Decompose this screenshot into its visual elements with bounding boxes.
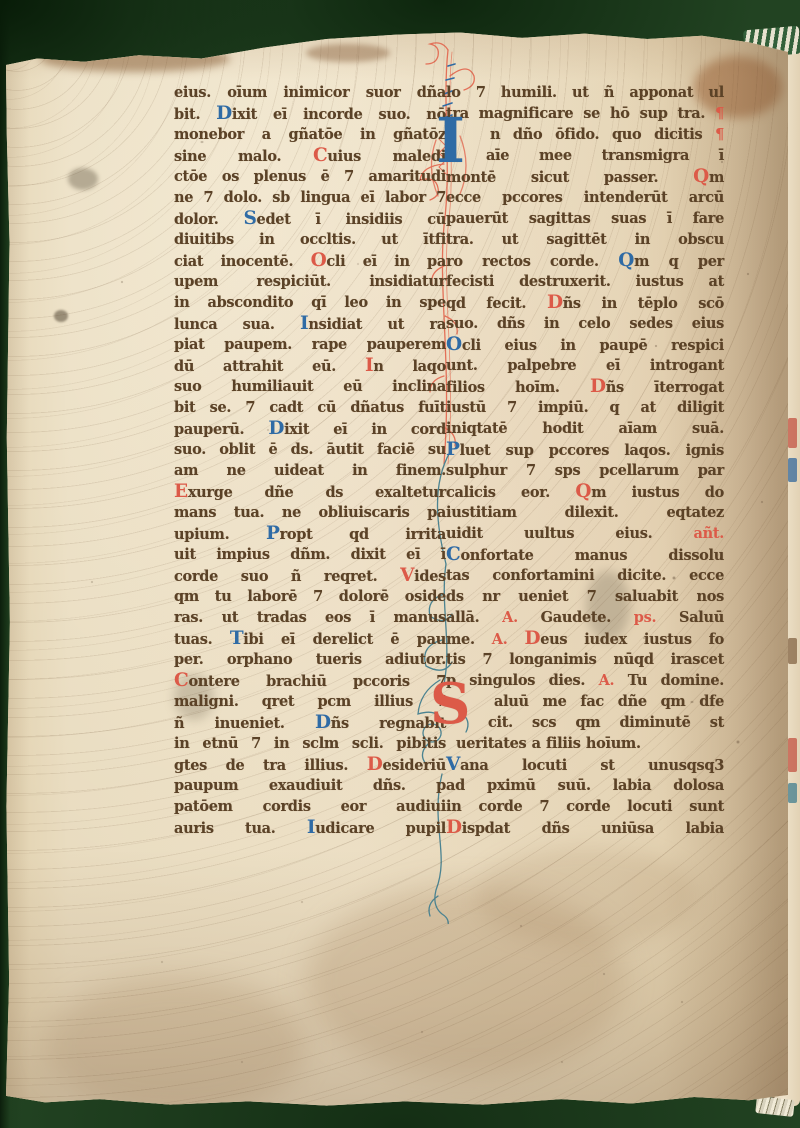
text-line: monebor a gñatōe in gñatōz [174, 124, 446, 145]
versal-initial: D [315, 712, 331, 733]
text-segment: ides [414, 568, 446, 585]
versal-initial: S [243, 208, 256, 229]
text-segment: patōem cordis eor audiui [174, 798, 446, 815]
text-segment: lo 7 humili. ut ñ apponat ul [446, 84, 724, 101]
text-line: bit se. 7 cadt cū dñatus fuīt [174, 397, 446, 418]
text-segment: paupum exaudiuit dñs. p [174, 777, 446, 794]
text-segment: ixit eī in cord [284, 421, 446, 438]
text-segment: udicare pupil [315, 820, 446, 837]
text-segment: diuitibs in occltis. ut ītfi [174, 231, 446, 248]
text-line: lo 7 humili. ut ñ apponat ul [446, 82, 724, 103]
manuscript-page: I S eius. oīum inimicor suor dñabit. Dix… [6, 26, 788, 1110]
text-line: maligni. qret pcm illius 7 [174, 691, 446, 712]
text-segment: tra. ut sagittēt in obscu [446, 231, 724, 248]
text-line: Vana locuti st unusqsq3 [446, 754, 724, 775]
text-line: Confortate manus dissolu [446, 544, 724, 565]
text-segment: dū attrahit eū. [174, 358, 365, 375]
text-segment: aīe mee transmigra ī [486, 147, 724, 164]
text-segment: suo. dñs in celo sedes eius [446, 315, 724, 332]
text-segment: eus iudex iustus fo [540, 631, 724, 648]
text-segment: ps. [634, 609, 656, 626]
text-segment: ñs īterrogat [606, 379, 724, 396]
versal-initial: C [446, 544, 460, 565]
text-segment: ctōe os plenus ē 7 amaritudi [174, 168, 446, 185]
text-line: diuitibs in occltis. ut ītfi [174, 229, 446, 250]
text-segment: uius maledi [327, 148, 446, 165]
text-segment: cli eī in pa [326, 253, 446, 270]
text-segment: ¶ [715, 105, 724, 122]
stain [306, 886, 626, 1076]
text-segment: m [709, 169, 724, 186]
text-segment: uidit uultus eius. [446, 525, 694, 542]
next-folio-text-sliver [788, 783, 797, 803]
text-line: in abscondito qī leo in spe [174, 292, 446, 313]
text-segment: ad pximū suū. labia dolosa [446, 777, 724, 794]
text-segment: iustitiam dilexit. eqtatez [446, 504, 724, 521]
text-segment: iniqtatē hodit aīam suā. [446, 420, 724, 437]
text-segment: mans tua. ne obliuiscaris pa [174, 504, 446, 521]
text-line: suo. oblit ē ds. āutit faciē su [174, 439, 446, 460]
text-segment: upem respiciūt. insidiatur [174, 273, 446, 290]
text-line: allā. A. Gaudete. ps. Saluū [446, 607, 724, 628]
text-segment: aluū me fac dñe qm dfe [494, 693, 724, 710]
text-segment: A. [599, 672, 615, 689]
text-segment: tis 7 longanimis nūqd irascet [446, 651, 724, 668]
text-line: ecce pccores intenderūt arcū [446, 187, 724, 208]
text-segment: ne 7 dolo. sb lingua eī labor 7 [174, 189, 446, 206]
text-line: me. A. Deus iudex iustus fo [446, 628, 724, 649]
text-line: suo. dñs in celo sedes eius [446, 313, 724, 334]
next-folio-text-sliver [788, 738, 797, 772]
text-line: tuas. Tibi eī derelict ē pau [174, 628, 446, 649]
text-line: tra magnificare se hō sup tra. ¶ [446, 103, 724, 124]
text-segment: in etnū 7 in sclm scli. pibitis [174, 735, 446, 752]
text-segment: ispdat dñs uniūsa labia [462, 820, 724, 837]
versal-initial: P [446, 439, 460, 460]
large-initial-S: S [430, 676, 470, 732]
text-line: auris tua. Iudicare pupil [174, 817, 446, 838]
stain [476, 846, 696, 946]
text-segment: ropt qd irrita [280, 526, 446, 543]
text-segment: tas confortamini dicite. ecce [446, 567, 724, 584]
text-segment: ras. ut tradas eos ī manus [174, 609, 446, 626]
text-segment: Gaudete. [518, 609, 634, 626]
text-segment: añt. [694, 525, 724, 542]
text-line: iustitiam dilexit. eqtatez [446, 502, 724, 523]
text-segment [507, 631, 524, 648]
text-segment: n dño ōfido. quo dicitis [490, 126, 715, 143]
text-line: mans tua. ne obliuiscaris pa [174, 502, 446, 523]
text-line: lunca sua. Insidiat ut ra [174, 313, 446, 334]
stain [306, 44, 390, 62]
versal-initial: I [307, 817, 315, 838]
text-segment: maligni. qret pcm illius 7 [174, 693, 446, 710]
text-segment: ixit eī incorde suo. nō [232, 106, 446, 123]
text-segment: suo. oblit ē ds. āutit faciē su [174, 441, 446, 458]
text-segment: xurge dñe ds exaltetur [188, 484, 446, 501]
versal-initial: Q [575, 481, 591, 502]
tailband [755, 1096, 795, 1117]
text-segment: fecisti destruxerit. iustus at [446, 273, 724, 290]
text-line: filios hoīm. Dñs īterrogat [446, 376, 724, 397]
text-segment: unt. palpebre eī introgant [446, 357, 724, 374]
text-line: uit impius dñm. dixit eī ī [174, 544, 446, 565]
text-segment: corde suo ñ reqret. [174, 568, 400, 585]
text-segment: in corde 7 corde locuti sunt [446, 798, 724, 815]
text-line: ras. ut tradas eos ī manus [174, 607, 446, 628]
text-segment: auris tua. [174, 820, 307, 837]
text-segment: qd fecit. [446, 295, 547, 312]
text-line: eius. oīum inimicor suor dña [174, 82, 446, 103]
text-segment: cit. scs qm diminutē st [488, 714, 724, 731]
text-segment: bit. [174, 106, 216, 123]
next-folio-text-sliver [788, 458, 797, 482]
text-line: aīe mee transmigra ī [446, 145, 724, 166]
text-line: ds nr ueniet 7 saluabit nos [446, 586, 724, 607]
text-line: montē sicut passer. Qm [446, 166, 724, 187]
text-segment: monebor a gñatōe in gñatōz [174, 126, 446, 143]
text-line: tis 7 longanimis nūqd irascet [446, 649, 724, 670]
text-segment: edet ī insidiis cū [257, 211, 446, 228]
text-line: ne 7 dolo. sb lingua eī labor 7 [174, 187, 446, 208]
text-segment: gtes de tra illius. [174, 757, 367, 774]
text-segment: pauerūt sagittas suas ī fare [446, 210, 724, 227]
versal-initial: D [590, 376, 606, 397]
text-segment: in abscondito qī leo in spe [174, 294, 446, 311]
text-line: in corde 7 corde locuti sunt [446, 796, 724, 817]
text-segment: ro rectos corde. [446, 253, 618, 270]
text-segment: ueritates a filiis hoīum. [456, 735, 641, 752]
text-line: cit. scs qm diminutē st [446, 712, 724, 733]
text-segment: uit impius dñm. dixit eī ī [174, 546, 446, 563]
text-line: corde suo ñ reqret. Vides [174, 565, 446, 586]
text-line: per. orphano tueris adiutor. [174, 649, 446, 670]
versal-initial: D [216, 103, 232, 124]
text-line: patōem cordis eor audiui [174, 796, 446, 817]
text-segment: calicis eor. [446, 484, 575, 501]
versal-initial: P [266, 523, 280, 544]
versal-initial: V [400, 565, 414, 586]
text-segment: eius. oīum inimicor suor dña [174, 84, 446, 101]
text-segment: piat paupem. rape pauperem [174, 336, 446, 353]
text-segment: n laqo [373, 358, 446, 375]
text-segment: me. [446, 631, 492, 648]
text-line: in etnū 7 in sclm scli. pibitis [174, 733, 446, 754]
text-line: qd fecit. Dñs in tēplo scō [446, 292, 724, 313]
text-segment: m iustus do [591, 484, 724, 501]
text-line: qm tu laborē 7 dolorē oside [174, 586, 446, 607]
text-line: ciat inocentē. Ocli eī in pa [174, 250, 446, 271]
versal-initial: Q [693, 166, 709, 187]
versal-initial: C [174, 670, 188, 691]
text-segment: ds nr ueniet 7 saluabit nos [446, 588, 724, 605]
text-segment: montē sicut passer. [446, 169, 693, 186]
text-line: Contere brachiū pccoris 7 [174, 670, 446, 691]
text-line: am ne uideat in finem. [174, 460, 446, 481]
text-line: suo humiliauit eū inclina [174, 376, 446, 397]
text-line: uidit uultus eius. añt. [446, 523, 724, 544]
text-line: n dño ōfido. quo dicitis ¶ [446, 124, 724, 145]
text-segment: bit se. 7 cadt cū dñatus fuīt [174, 399, 446, 416]
text-line: iustū 7 impiū. q at diligit [446, 397, 724, 418]
text-segment: A. [492, 631, 508, 648]
text-segment: A. [502, 609, 518, 626]
text-line: sulphur 7 sps pcellarum par [446, 460, 724, 481]
text-segment: tuas. [174, 631, 230, 648]
versal-initial: Q [618, 250, 634, 271]
large-initial-I: I [436, 110, 465, 172]
stain [40, 46, 230, 72]
text-line: ad pximū suū. labia dolosa [446, 775, 724, 796]
text-line: paupum exaudiuit dñs. p [174, 775, 446, 796]
text-segment: lunca sua. [174, 316, 300, 333]
text-line: piat paupem. rape pauperem [174, 334, 446, 355]
text-segment: Tu domine. [614, 672, 724, 689]
text-segment: nsidiat ut ra [308, 316, 446, 333]
versal-initial: D [547, 292, 563, 313]
versal-initial: V [446, 754, 460, 775]
text-line: fecisti destruxerit. iustus at [446, 271, 724, 292]
text-line: dū attrahit eū. In laqo [174, 355, 446, 376]
text-segment: iustū 7 impiū. q at diligit [446, 399, 724, 416]
text-segment: luet sup pccores laqos. ignis [460, 442, 724, 459]
text-segment: ¶ [715, 126, 724, 143]
text-line: tas confortamini dicite. ecce [446, 565, 724, 586]
text-line: tra. ut sagittēt in obscu [446, 229, 724, 250]
text-line: unt. palpebre eī introgant [446, 355, 724, 376]
text-segment: ecce pccores intenderūt arcū [446, 189, 724, 206]
text-segment: m q per [634, 253, 724, 270]
text-segment: dolor. [174, 211, 243, 228]
text-segment: suo humiliauit eū inclina [174, 378, 446, 395]
text-line: bit. Dixit eī incorde suo. nō [174, 103, 446, 124]
next-folio-text-sliver [788, 418, 797, 448]
versal-initial: D [367, 754, 383, 775]
text-segment: Saluū [656, 609, 724, 626]
text-line: upem respiciūt. insidiatur [174, 271, 446, 292]
versal-initial: O [446, 334, 462, 355]
text-segment: cli eius in paupē respici [462, 337, 724, 354]
text-segment: sulphur 7 sps pcellarum par [446, 462, 724, 479]
text-line: ctōe os plenus ē 7 amaritudi [174, 166, 446, 187]
text-segment: tra magnificare se hō sup tra. [446, 105, 715, 122]
text-column-left: eius. oīum inimicor suor dñabit. Dixit e… [174, 82, 446, 838]
next-folio-text-sliver [788, 638, 797, 664]
text-segment: ibi eī derelict ē pau [243, 631, 446, 648]
versal-initial: D [268, 418, 284, 439]
versal-initial: D [446, 817, 462, 838]
text-segment: am ne uideat in finem. [174, 462, 446, 479]
text-segment: upium. [174, 526, 266, 543]
text-segment: ciat inocentē. [174, 253, 311, 270]
text-line: Ocli eius in paupē respici [446, 334, 724, 355]
text-column-right: lo 7 humili. ut ñ apponat ultra magnific… [446, 82, 724, 838]
versal-initial: C [313, 145, 327, 166]
text-line: calicis eor. Qm iustus do [446, 481, 724, 502]
text-segment: filios hoīm. [446, 379, 590, 396]
text-segment: per. orphano tueris adiutor. [174, 651, 446, 668]
text-line: ueritates a filiis hoīum. [446, 733, 724, 754]
text-line: Exurge dñe ds exaltetur [174, 481, 446, 502]
text-segment: esideriū [382, 757, 446, 774]
versal-initial: T [230, 628, 243, 649]
text-line: iniqtatē hodit aīam suā. [446, 418, 724, 439]
text-segment: sine malo. [174, 148, 313, 165]
versal-initial: D [524, 628, 540, 649]
photograph-background: I S eius. oīum inimicor suor dñabit. Dix… [0, 0, 800, 1128]
text-line: pauerūt sagittas suas ī fare [446, 208, 724, 229]
text-line: aluū me fac dñe qm dfe [446, 691, 724, 712]
text-line: gtes de tra illius. Desideriū [174, 754, 446, 775]
text-line: ñ inueniet. Dñs regnabit [174, 712, 446, 733]
text-segment: ñ inueniet. [174, 715, 315, 732]
text-segment: onfortate manus dissolu [460, 547, 724, 564]
text-line: upium. Propt qd irrita [174, 523, 446, 544]
text-segment: ñs in tēplo scō [563, 295, 724, 312]
text-segment: ñs regnabit [331, 715, 446, 732]
text-segment: allā. [446, 609, 502, 626]
stain [54, 310, 68, 322]
text-line: ro rectos corde. Qm q per [446, 250, 724, 271]
text-line: p singulos dies. A. Tu domine. [446, 670, 724, 691]
text-line: dolor. Sedet ī insidiis cū [174, 208, 446, 229]
text-line: Dispdat dñs uniūsa labia [446, 817, 724, 838]
stain [46, 976, 306, 1116]
text-segment: ontere brachiū pccoris 7 [188, 673, 446, 690]
text-segment: qm tu laborē 7 dolorē oside [174, 588, 446, 605]
text-segment: ana locuti st unusqsq3 [460, 757, 724, 774]
text-line: Pluet sup pccores laqos. ignis [446, 439, 724, 460]
text-line: pauperū. Dixit eī in cord [174, 418, 446, 439]
text-line: sine malo. Cuius maledi [174, 145, 446, 166]
versal-initial: O [311, 250, 327, 271]
versal-initial: E [174, 481, 188, 502]
stain [68, 168, 98, 190]
text-segment: pauperū. [174, 421, 268, 438]
